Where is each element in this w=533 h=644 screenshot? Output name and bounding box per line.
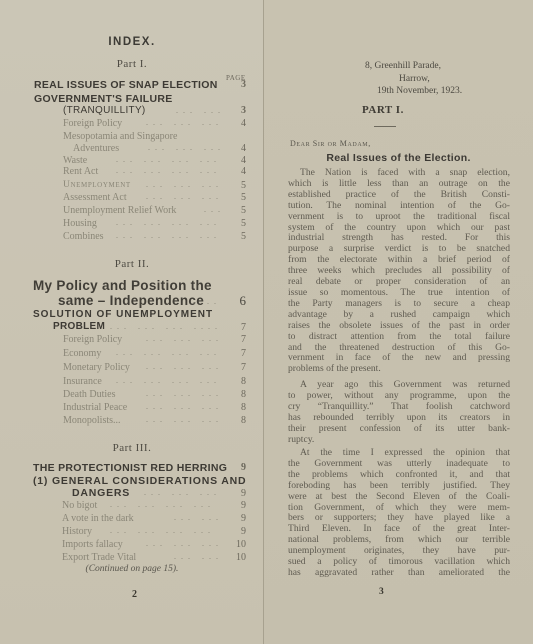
page-number-right: 3 xyxy=(379,587,384,597)
right-page-letter: 8, Greenhill Parade, Harrow, 19th Novemb… xyxy=(264,0,533,644)
salutation: Dear Sir or Madam, xyxy=(290,139,371,148)
paragraph-2: A year ago this Government was returned … xyxy=(288,380,510,445)
address-line-2: Harrow, xyxy=(399,74,430,84)
index-title: INDEX. xyxy=(0,36,264,48)
index-entry: Imports fallacy ... ... ... 10 xyxy=(0,539,264,553)
part-2-label: Part II. xyxy=(0,258,264,270)
heading-rule xyxy=(374,126,396,127)
address-line-1: 8, Greenhill Parade, xyxy=(365,61,441,71)
index-entry: Monopolists... ... ... ... 8 xyxy=(0,415,264,429)
index-entry: History ... ... ... ... 9 xyxy=(0,526,264,540)
left-page-index: INDEX. Part I. PAGE REAL ISSUES OF SNAP … xyxy=(0,0,264,644)
index-entry: Assessment Act ... ... ... 5 xyxy=(0,192,264,206)
index-entry: No bigot ... ... ... ... 9 xyxy=(0,500,264,514)
index-entry: THE PROTECTIONIST RED HERRING 9 xyxy=(0,462,264,476)
index-entry: Foreign Policy ... ... ... 7 xyxy=(0,334,264,348)
index-entry: Unemployment Relief Work ... 5 xyxy=(0,205,264,219)
index-entry: Death Duties ... ... ... 8 xyxy=(0,389,264,403)
section-heading: Real Issues of the Election. xyxy=(264,152,533,164)
index-entry: Monetary Policy ... ... ... 7 xyxy=(0,362,264,376)
continued-note: (Continued on page 15). xyxy=(0,564,264,574)
index-entry: A vote in the dark ... ... 9 xyxy=(0,513,264,527)
index-entry: Economy ... ... ... ... 7 xyxy=(0,348,264,362)
index-entry: My Policy and Position the same – Indepe… xyxy=(0,278,264,312)
index-entry: Rent Act ... ... ... ... 4 xyxy=(0,166,264,180)
paragraph-1: The Nation is faced with a snap election… xyxy=(288,168,510,375)
index-entry: GOVERNMENT'S FAILURE (TRANQUILLITY) ... … xyxy=(0,93,264,121)
address-date: 19th November, 1923. xyxy=(377,86,462,96)
index-entry: REAL ISSUES OF SNAP ELECTION 3 xyxy=(0,79,264,93)
index-entry: Mesopotamia and Singapore Adventures ...… xyxy=(0,131,264,157)
booklet-spread: INDEX. Part I. PAGE REAL ISSUES OF SNAP … xyxy=(0,0,533,644)
index-entry: Insurance ... ... ... ... 8 xyxy=(0,376,264,390)
index-entry: Industrial Peace ... ... ... 8 xyxy=(0,402,264,416)
index-entry: Foreign Policy ... ... ... 4 xyxy=(0,118,264,132)
page-number-left: 2 xyxy=(132,589,137,600)
part-3-label: Part III. xyxy=(0,442,264,454)
index-entry: SOLUTION OF UNEMPLOYMENT PROBLEM ... ...… xyxy=(0,309,264,335)
part-heading: PART I. xyxy=(362,104,404,116)
index-entry: Housing ... ... ... ... 5 xyxy=(0,218,264,232)
part-1-label: Part I. xyxy=(0,58,264,70)
index-entry: Combines ... ... ... ... 5 xyxy=(0,231,264,245)
index-entry: (1) GENERAL CONSIDERATIONS AND DANGERS .… xyxy=(0,475,264,501)
paragraph-3: At the time I expressed the opinion that… xyxy=(288,448,510,579)
